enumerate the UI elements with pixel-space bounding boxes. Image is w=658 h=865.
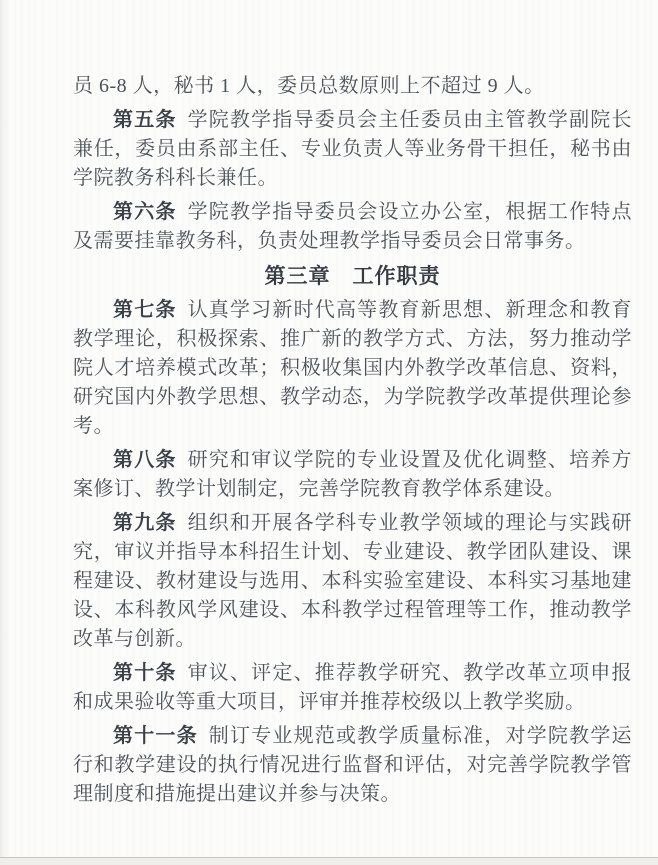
article-paragraph: 第八条研究和审议学院的专业设置及优化调整、培养方案修订、教学计划制定，完善学院教… — [73, 446, 632, 504]
document-text-block: 员 6-8 人，秘书 1 人，委员总数原则上不超过 9 人。第五条学院教学指导委… — [73, 72, 632, 814]
article-number-label: 第六条 — [113, 201, 177, 223]
article-number-label: 第九条 — [113, 512, 177, 534]
article-number-label: 第七条 — [113, 299, 177, 321]
article-paragraph: 第十条审议、评定、推荐教学研究、教学改革立项申报和成果验收等重大项目，评审并推荐… — [73, 659, 632, 717]
chapter-heading: 第三章 工作职责 — [73, 262, 632, 291]
article-paragraph: 第九条组织和开展各学科专业教学领域的理论与实践研究，审议并指导本科招生计划、专业… — [73, 509, 632, 654]
continuation-paragraph: 员 6-8 人，秘书 1 人，委员总数原则上不超过 9 人。 — [73, 72, 632, 101]
article-paragraph: 第七条认真学习新时代高等教育新思想、新理念和教育教学理论，积极探索、推广新的教学… — [73, 296, 632, 441]
article-number-label: 第八条 — [113, 449, 177, 471]
scan-edge — [0, 857, 658, 865]
page-left-shade — [0, 0, 10, 865]
article-paragraph: 第六条学院教学指导委员会设立办公室，根据工作特点及需要挂靠教务科，负责处理教学指… — [73, 198, 632, 256]
document-page: 员 6-8 人，秘书 1 人，委员总数原则上不超过 9 人。第五条学院教学指导委… — [0, 0, 658, 865]
article-number-label: 第十条 — [113, 662, 177, 684]
article-text: 员 6-8 人，秘书 1 人，委员总数原则上不超过 9 人。 — [73, 75, 545, 97]
article-number-label: 第五条 — [113, 109, 177, 131]
article-paragraph: 第五条学院教学指导委员会主任委员由主管教学副院长兼任，委员由系部主任、专业负责人… — [73, 106, 632, 193]
article-number-label: 第十一条 — [113, 725, 198, 747]
article-paragraph: 第十一条制订专业规范或教学质量标准，对学院教学运行和教学建设的执行情况进行监督和… — [73, 722, 632, 809]
